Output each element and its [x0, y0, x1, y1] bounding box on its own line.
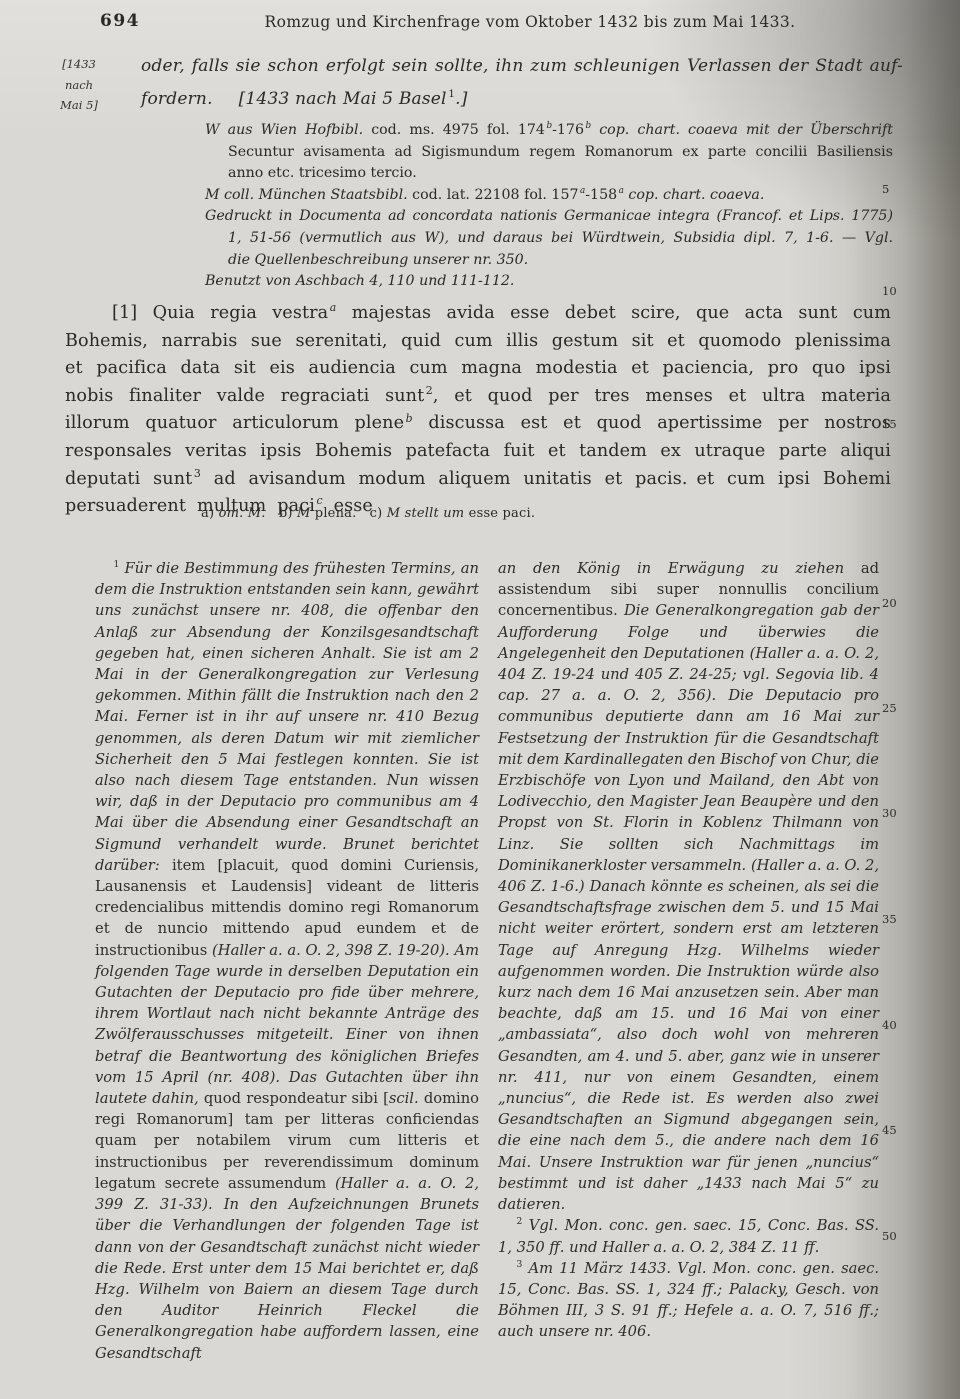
line-number: 40: [882, 1018, 922, 1032]
line-number: 30: [882, 806, 922, 820]
footnote-1-continuation: an den König in Erwägung zu ziehen ad as…: [498, 558, 879, 1215]
line-number: 35: [882, 912, 922, 926]
regest-opening: oder, falls sie schon erfolgt sein sollt…: [141, 50, 903, 116]
source-line: M coll. München Staatsbibl. cod. lat. 22…: [205, 185, 893, 207]
page-number: 694: [100, 11, 140, 31]
source-line: W aus Wien Hofbibl. cod. ms. 4975 fol. 1…: [205, 120, 893, 142]
line-number: 15: [882, 417, 922, 431]
footnote-2: 2 Vgl. Mon. conc. gen. saec. 15, Conc. B…: [498, 1215, 879, 1257]
line-number: 50: [882, 1229, 922, 1243]
line-number: 25: [882, 701, 922, 715]
line-number: 45: [882, 1123, 922, 1137]
line-number: 5: [882, 182, 922, 196]
footnote-3: 3 Am 11 März 1433. Vgl. Mon. conc. gen. …: [498, 1258, 879, 1343]
source-line: Secuntur avisamenta ad Sigismundum regem…: [205, 142, 893, 164]
source-line: 1, 51-56 (vermutlich aus W), und daraus …: [205, 228, 893, 250]
footnote-column-right: an den König in Erwägung zu ziehen ad as…: [498, 558, 879, 1343]
margin-date-line: [1433: [50, 54, 108, 75]
footnote-column-left: 1 Für die Bestimmung des frühesten Termi…: [95, 558, 479, 1364]
source-description: W aus Wien Hofbibl. cod. ms. 4975 fol. 1…: [205, 120, 893, 293]
regest-line: fordern. [1433 nach Mai 5 Basel1.]: [141, 83, 903, 116]
regest-line: oder, falls sie schon erfolgt sein sollt…: [141, 50, 903, 83]
margin-date-line: nach: [50, 75, 108, 96]
critical-apparatus: a) om. M. b) M plena. c) M stellt um ess…: [201, 506, 535, 521]
margin-date-note: [1433 nach Mai 5]: [50, 54, 108, 116]
main-latin-text: [1] Quia regia vestraa majestas avida es…: [65, 300, 891, 521]
margin-date-line: Mai 5]: [50, 95, 108, 116]
line-number: 20: [882, 596, 922, 610]
source-line: die Quellenbeschreibung unserer nr. 350.: [205, 250, 893, 272]
source-line: anno etc. tricesimo tercio.: [205, 163, 893, 185]
running-header: Romzug und Kirchenfrage vom Oktober 1432…: [185, 13, 875, 31]
line-number: 10: [882, 284, 922, 298]
source-line: Benutzt von Aschbach 4, 110 und 111-112.: [205, 271, 893, 293]
source-line: Gedruckt in Documenta ad concordata nati…: [205, 206, 893, 228]
book-page: 694 Romzug und Kirchenfrage vom Oktober …: [0, 0, 960, 1399]
